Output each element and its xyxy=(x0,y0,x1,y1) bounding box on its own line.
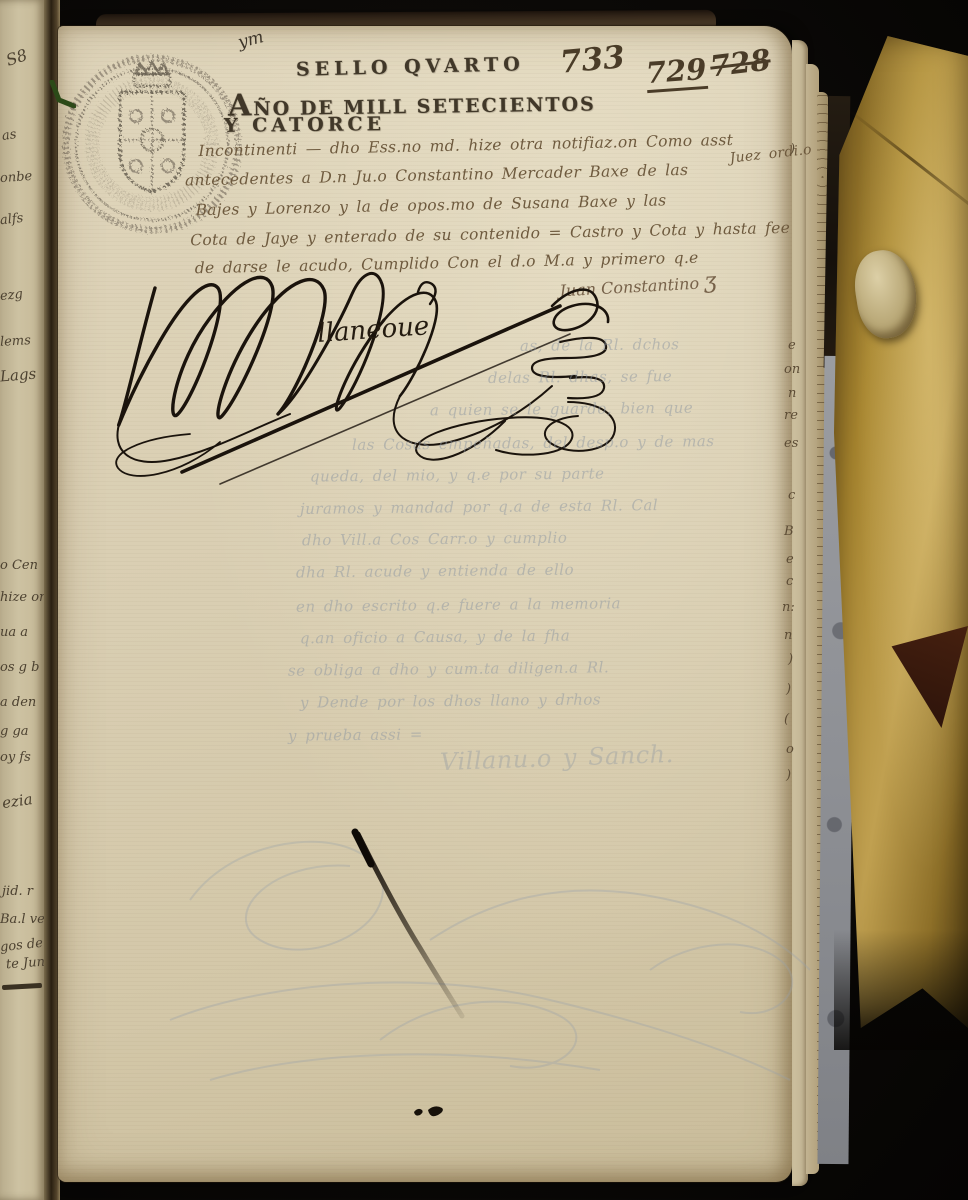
ghost-text-line: dha Rl. acude y entienda de ello xyxy=(296,561,574,582)
manuscript-line: Bajes y Lorenzo y la de opos.mo de Susan… xyxy=(195,191,666,219)
margin-fragment: e xyxy=(786,552,794,567)
margin-fragment: ) xyxy=(786,768,791,783)
margin-fragment: re xyxy=(784,408,798,423)
manuscript-line: antecedentes a D.n Ju.o Constantino Merc… xyxy=(185,161,689,190)
left-page-fragment: g ga xyxy=(0,724,29,739)
margin-fragment: B xyxy=(784,524,794,539)
margin-fragment: e xyxy=(788,338,796,353)
left-page-fragment: onbe xyxy=(0,169,33,186)
margin-fragment: n: xyxy=(782,600,795,615)
left-page-fragment: S8 xyxy=(4,45,30,70)
ghost-text-line: y Dende por los dhos llano y drhos xyxy=(300,690,601,711)
ink-dash-mark xyxy=(2,983,42,990)
left-page-fragment: alfs xyxy=(0,211,24,228)
left-page-fragment: o Cen xyxy=(0,558,38,573)
ghost-text-line: delas Rl. dhas, se fue xyxy=(488,367,672,387)
ink-blot-mark xyxy=(412,1104,446,1118)
folio-number-struck: 729 xyxy=(645,52,708,93)
margin-fragment: on xyxy=(784,362,800,377)
printed-heading-catorce: Y CATORCE xyxy=(224,113,385,137)
margin-fragment: c xyxy=(786,574,793,589)
ghost-text-line: as, de la Rl. dchos xyxy=(520,335,680,355)
left-page-fragment: oy fs xyxy=(0,750,31,765)
margin-fragment: ) xyxy=(788,652,793,667)
signature-paraph-flourish: ʒ xyxy=(703,269,717,295)
rubric-name-text: llaneoue xyxy=(316,311,430,349)
left-page-fragment: ua a xyxy=(0,625,28,640)
margin-fragment: ) xyxy=(790,142,795,157)
left-page-fragment: lems xyxy=(0,333,31,350)
ghost-flourish-traces xyxy=(130,820,840,1110)
margin-fragment: ) xyxy=(786,682,791,697)
margin-fragment: es xyxy=(784,436,798,451)
margin-fragment: n xyxy=(788,386,796,401)
left-page-fragment: te Jun xyxy=(6,955,46,973)
folio-number-current: 733 xyxy=(559,39,627,81)
ghost-text-line: dho Vill.a Cos Carr.o y cumplio xyxy=(302,529,568,550)
left-page-fragment: ezg xyxy=(0,287,24,304)
left-page-fragment: jid. r xyxy=(2,884,33,899)
left-page-fragment: Lags xyxy=(0,364,37,385)
vellum-bottom-shadow xyxy=(834,930,968,1050)
ghost-text-line: las Cosas empeñadas, del desp.o y de mas xyxy=(352,432,715,454)
ghost-text-line: a quien se le guardo, bien que xyxy=(430,399,693,420)
margin-fragment: ( xyxy=(784,712,789,727)
margin-fragment: c xyxy=(788,488,795,503)
margin-fragment: o xyxy=(786,742,794,757)
left-page-fragment: a den xyxy=(0,695,36,710)
ink-slash-stroke xyxy=(340,828,480,1023)
left-page-fragment: ezia xyxy=(1,790,34,812)
ghost-text-line: juramos y mandad por q.a de esta Rl. Cal xyxy=(300,496,658,518)
margin-fragment: n xyxy=(784,628,792,643)
previous-page-edge: S8 as onbe alfs ezg lems Lags o Cen hize… xyxy=(0,0,46,1200)
ghost-text-line: se obliga a dho y cum.ta diligen.a Rl. xyxy=(288,658,609,679)
left-page-fragment: gos de xyxy=(0,936,44,955)
left-page-fragment: os g b xyxy=(0,660,39,675)
ghost-text-line: y prueba assi = xyxy=(288,725,423,744)
ghost-text-line: en dho escrito q.e fuere a la memoria xyxy=(296,594,621,615)
left-page-fragment: Ba.l ve xyxy=(0,912,45,927)
manuscript-side-note: Juez ordi.o xyxy=(729,142,813,167)
manuscript-photo-scene: S8 as onbe alfs ezg lems Lags o Cen hize… xyxy=(0,0,968,1200)
ghost-text-line: q.an oficio a Causa, y de la fha xyxy=(300,627,570,648)
manuscript-line: Cota de Jaye y enterado de su contenido … xyxy=(190,219,790,250)
left-page-fragment: as xyxy=(1,127,17,144)
left-page-fragment: hize on xyxy=(0,590,46,605)
ghost-text-line: queda, del mio, y q.e por su parte xyxy=(310,464,605,485)
